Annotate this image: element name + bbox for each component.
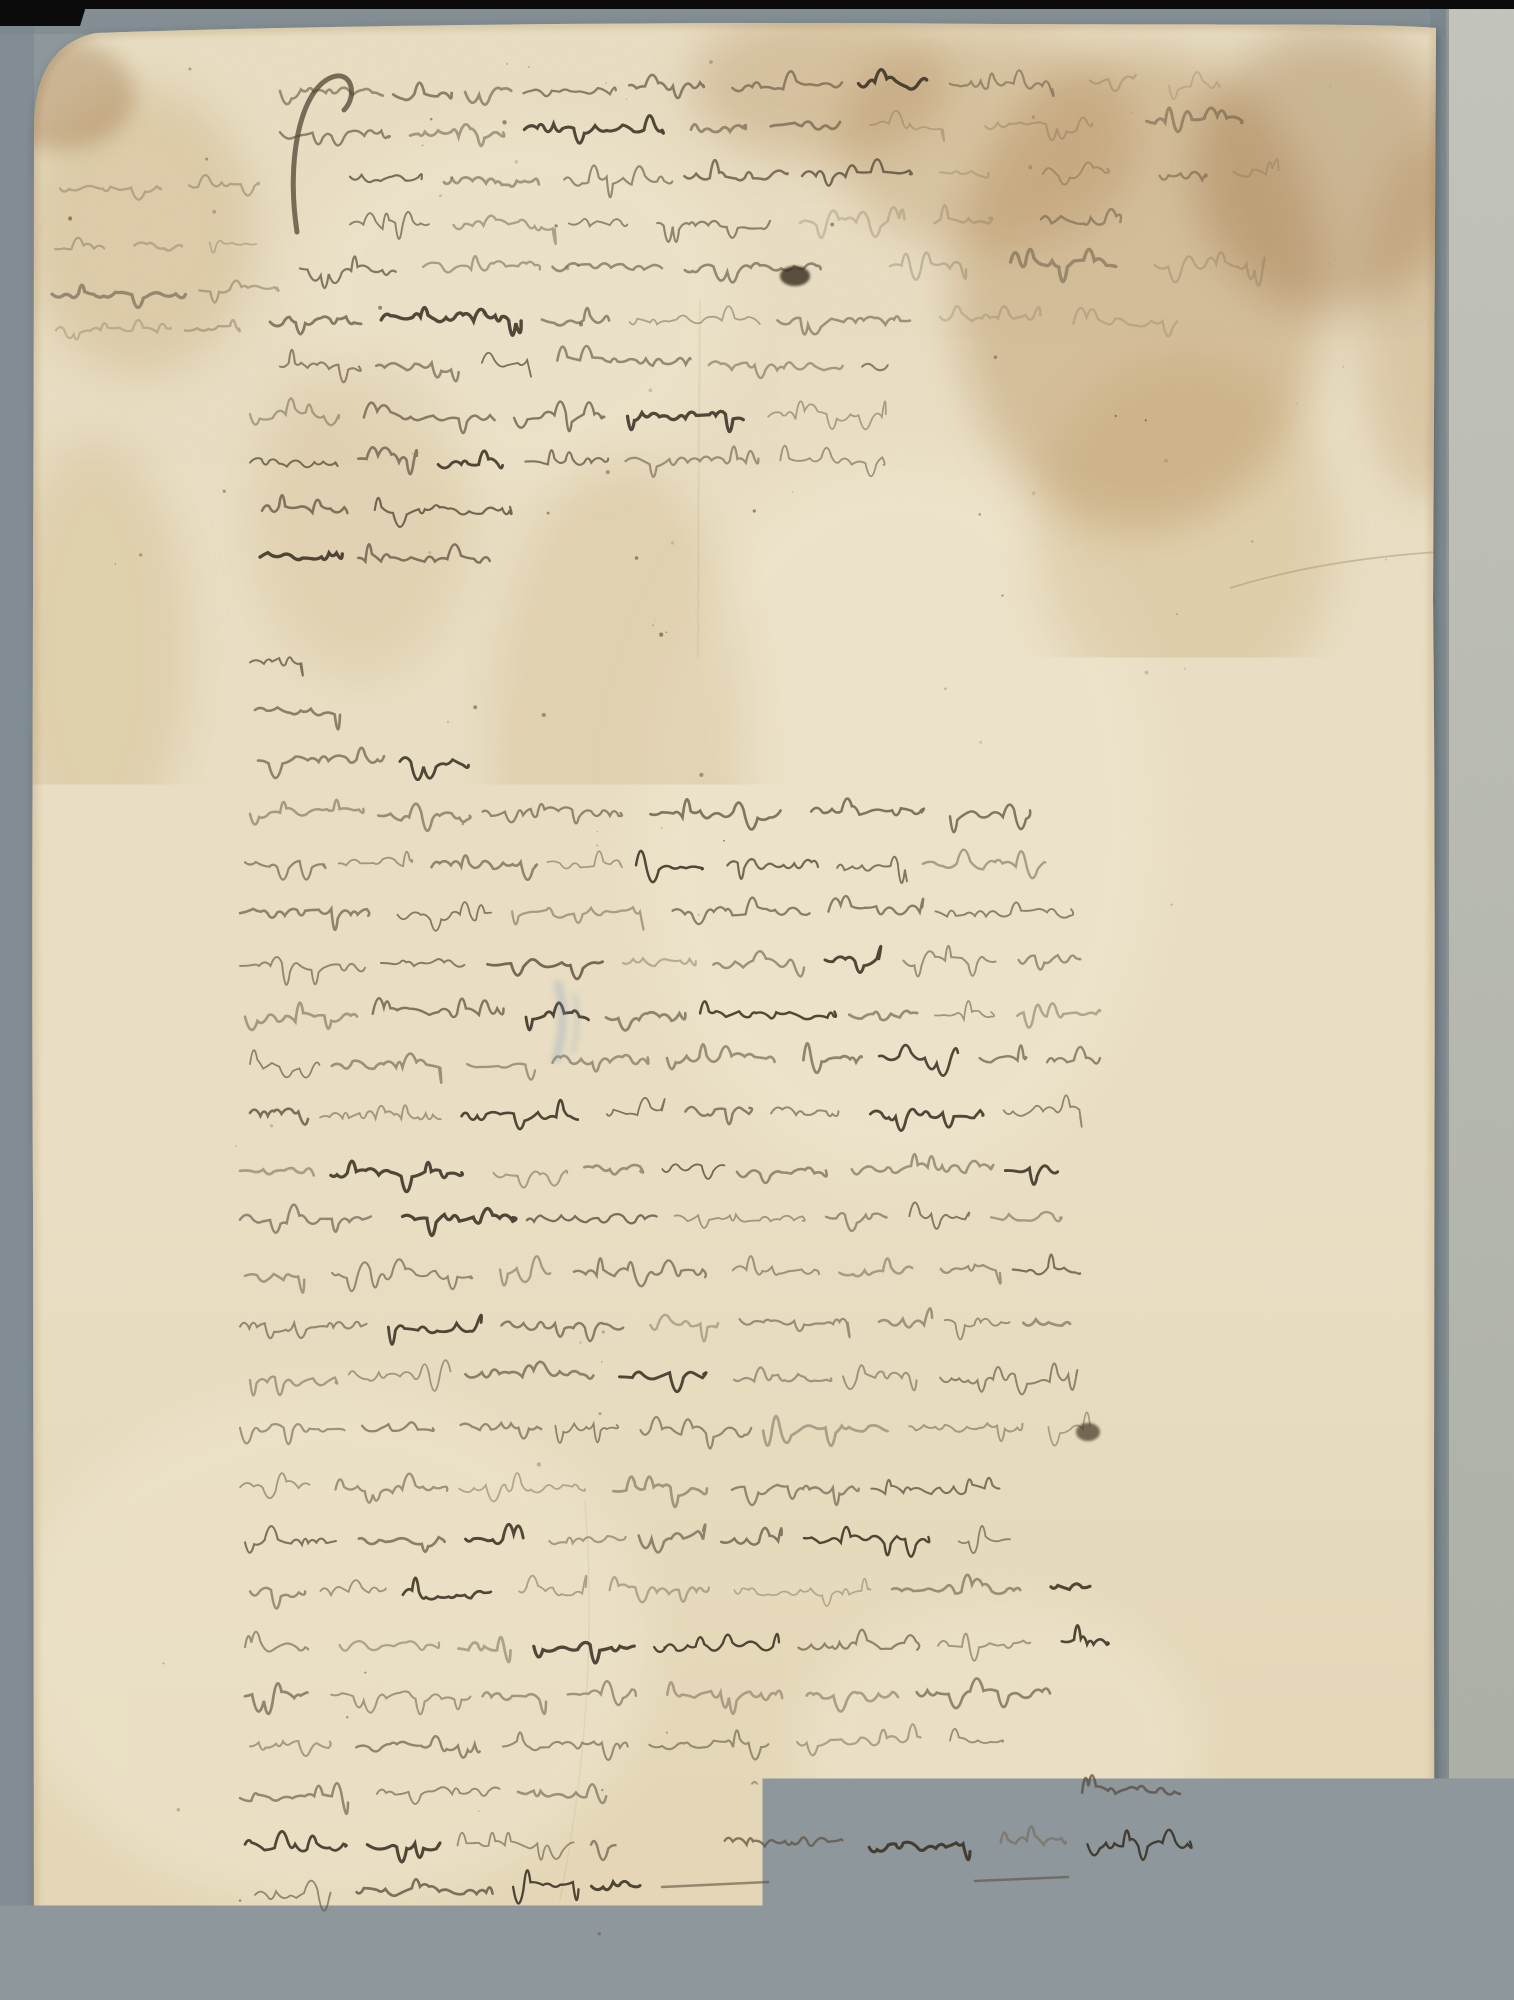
right-backing-strip [1446,7,1514,2000]
manuscript-scan-canvas [0,0,1514,2000]
paper-grain-texture [33,25,1438,1983]
scanned-manuscript-page [0,0,1514,2000]
